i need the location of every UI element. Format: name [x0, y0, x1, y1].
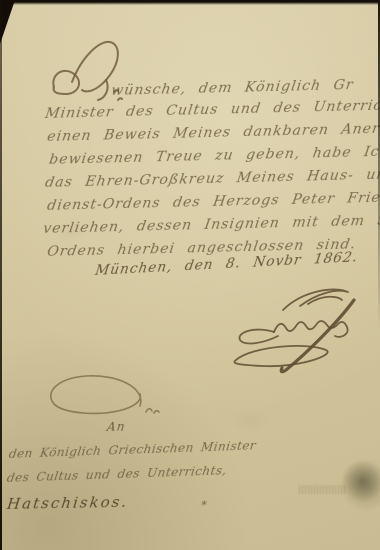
document-scan: wünsche, dem Königlich Gr Minister des C…: [0, 0, 380, 550]
address-paraph-flourish: [38, 368, 166, 426]
signature-flourish: [228, 282, 380, 384]
faint-stamp-text: [299, 485, 347, 494]
scan-edge-left: [0, 0, 2, 550]
address-salutation: An: [106, 420, 127, 434]
scan-corner-top-left: [0, 0, 15, 44]
recipient-name: Hatschiskos.: [6, 493, 129, 513]
scan-edge-top: [0, 0, 380, 5]
